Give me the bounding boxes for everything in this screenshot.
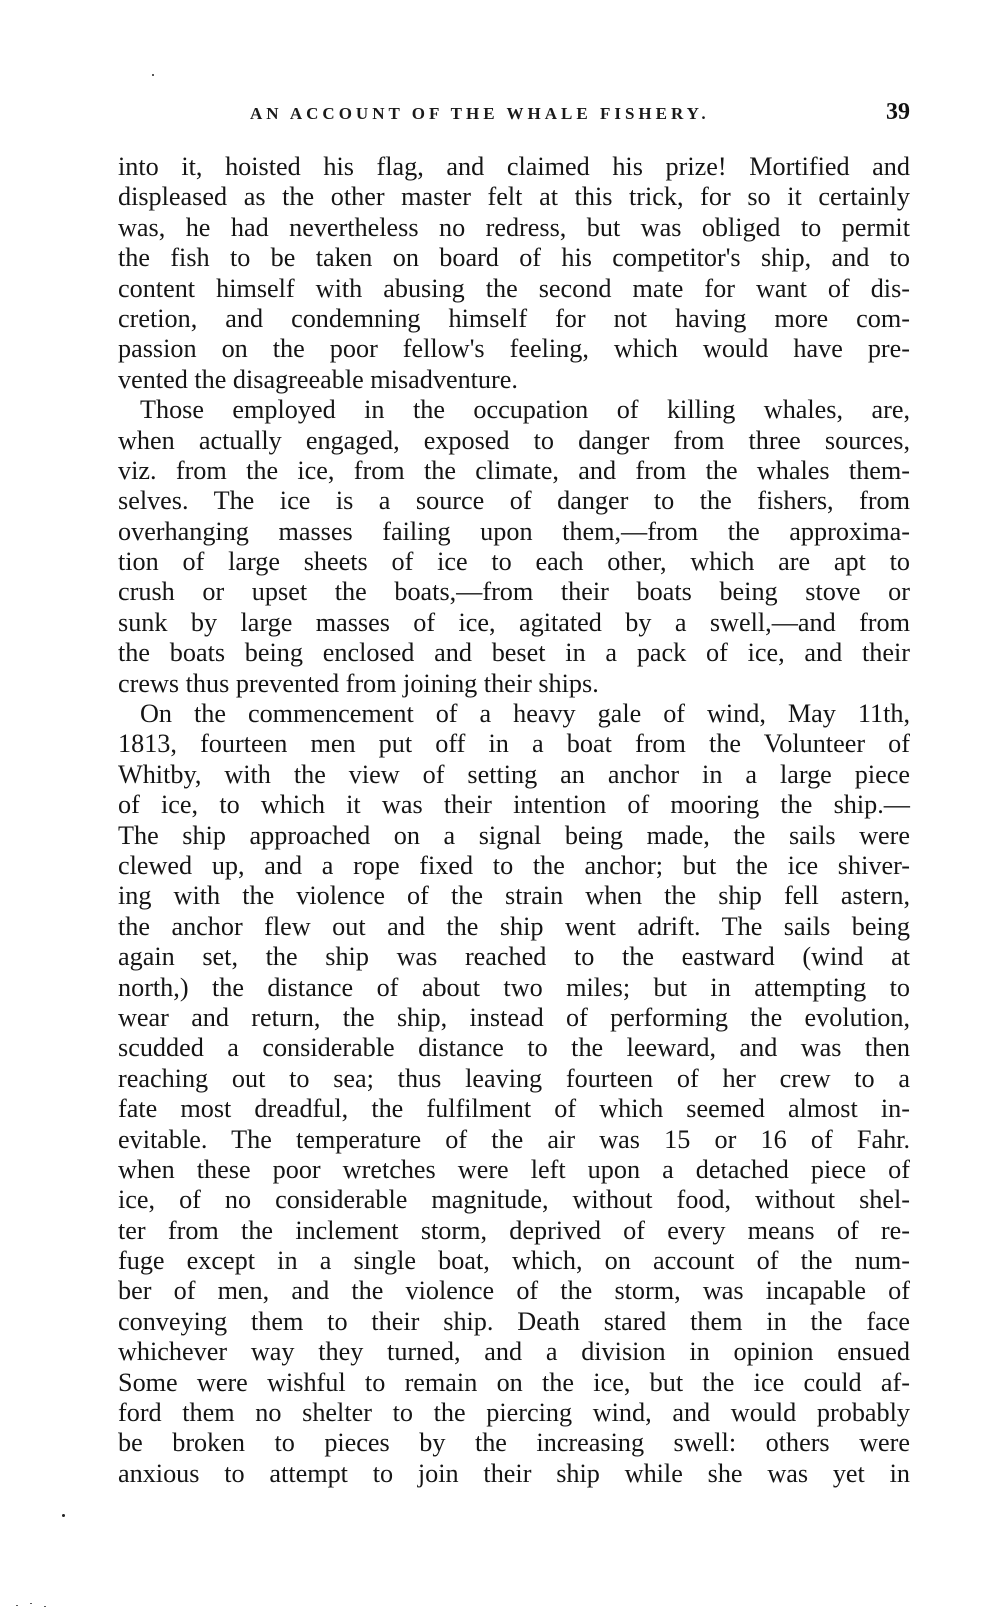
text-line: clewed up, and a rope fixed to the ancho… — [118, 851, 910, 881]
text-line: crews thus prevented from joining their … — [118, 669, 910, 699]
text-line: The ship approached on a signal being ma… — [118, 821, 910, 851]
text-line: fate most dreadful, the fulfilment of wh… — [118, 1094, 910, 1124]
running-title: AN ACCOUNT OF THE WHALE FISHERY. — [250, 104, 710, 124]
scan-speck — [30, 1603, 32, 1604]
text-line: tion of large sheets of ice to each othe… — [118, 547, 910, 577]
paragraph-2: Those employed in the occupation of kill… — [118, 395, 910, 699]
text-line: of ice, to which it was their intention … — [118, 790, 910, 820]
text-line: into it, hoisted his flag, and claimed h… — [118, 152, 910, 182]
text-line: wear and return, the ship, instead of pe… — [118, 1003, 910, 1033]
text-line: scudded a considerable distance to the l… — [118, 1033, 910, 1063]
text-line: whichever way they turned, and a divisio… — [118, 1337, 910, 1367]
text-line: fuge except in a single boat, which, on … — [118, 1246, 910, 1276]
text-line: viz. from the ice, from the climate, and… — [118, 456, 910, 486]
scan-speck — [44, 1606, 46, 1607]
text-line: crush or upset the boats,—from their boa… — [118, 577, 910, 607]
text-line: the boats being enclosed and beset in a … — [118, 638, 910, 668]
text-line: when actually engaged, exposed to danger… — [118, 426, 910, 456]
text-line: anxious to attempt to join their ship wh… — [118, 1459, 910, 1489]
scan-speck — [152, 74, 154, 76]
running-header: AN ACCOUNT OF THE WHALE FISHERY. 39 — [120, 104, 910, 128]
text-line: ing with the violence of the strain when… — [118, 881, 910, 911]
text-line: the anchor flew out and the ship went ad… — [118, 912, 910, 942]
text-line: vented the disagreeable misadventure. — [118, 365, 910, 395]
scan-speck — [62, 1514, 65, 1517]
text-line: reaching out to sea; thus leaving fourte… — [118, 1064, 910, 1094]
text-line: Whitby, with the view of setting an anch… — [118, 760, 910, 790]
body-text: into it, hoisted his flag, and claimed h… — [118, 152, 910, 1489]
text-line: when these poor wretches were left upon … — [118, 1155, 910, 1185]
text-line: sunk by large masses of ice, agitated by… — [118, 608, 910, 638]
text-line: ford them no shelter to the piercing win… — [118, 1398, 910, 1428]
text-line: evitable. The temperature of the air was… — [118, 1125, 910, 1155]
text-line: cretion, and condemning himself for not … — [118, 304, 910, 334]
text-line: ice, of no considerable magnitude, witho… — [118, 1185, 910, 1215]
text-line: ter from the inclement storm, deprived o… — [118, 1216, 910, 1246]
text-line: overhanging masses failing upon them,—fr… — [118, 517, 910, 547]
text-line: Those employed in the occupation of kill… — [118, 395, 910, 425]
paragraph-3: On the commencement of a heavy gale of w… — [118, 699, 910, 1489]
text-line: Some were wishful to remain on the ice, … — [118, 1368, 910, 1398]
text-line: 1813, fourteen men put off in a boat fro… — [118, 729, 910, 759]
text-line: be broken to pieces by the increasing sw… — [118, 1428, 910, 1458]
scan-speck — [16, 1605, 18, 1606]
paragraph-1: into it, hoisted his flag, and claimed h… — [118, 152, 910, 395]
text-line: was, he had nevertheless no redress, but… — [118, 213, 910, 243]
text-line: On the commencement of a heavy gale of w… — [118, 699, 910, 729]
text-line: passion on the poor fellow's feeling, wh… — [118, 334, 910, 364]
text-line: conveying them to their ship. Death star… — [118, 1307, 910, 1337]
text-line: north,) the distance of about two miles;… — [118, 973, 910, 1003]
text-line: ber of men, and the violence of the stor… — [118, 1276, 910, 1306]
page-number: 39 — [886, 99, 910, 126]
text-line: the fish to be taken on board of his com… — [118, 243, 910, 273]
text-line: displeased as the other master felt at t… — [118, 182, 910, 212]
book-page: AN ACCOUNT OF THE WHALE FISHERY. 39 into… — [0, 0, 1000, 1612]
text-line: content himself with abusing the second … — [118, 274, 910, 304]
text-line: again set, the ship was reached to the e… — [118, 942, 910, 972]
text-line: selves. The ice is a source of danger to… — [118, 486, 910, 516]
